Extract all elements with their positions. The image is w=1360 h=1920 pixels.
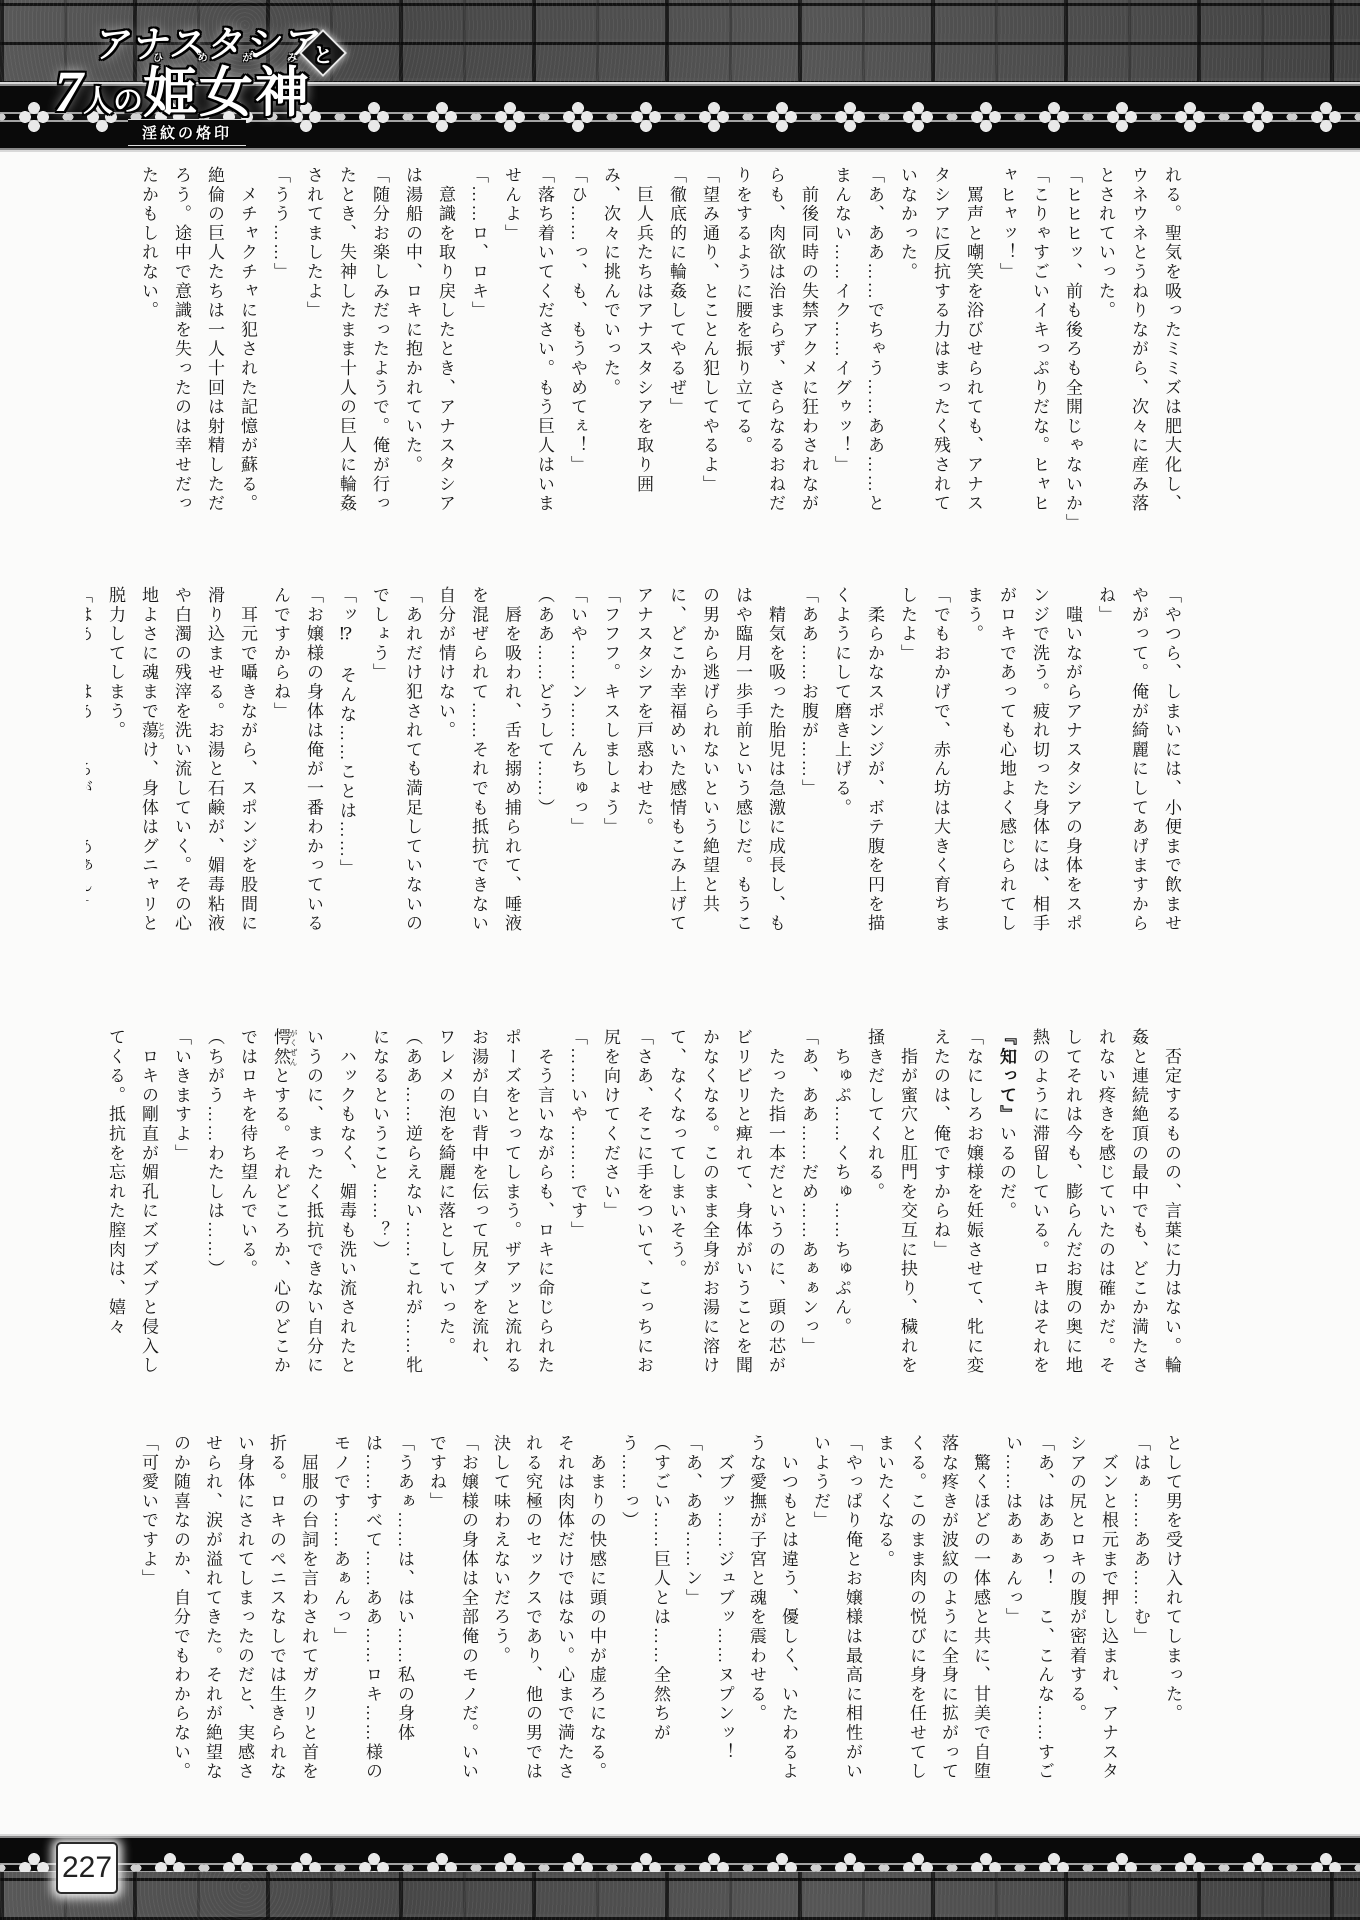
logo-himegami-furigana: ひめがみ — [143, 53, 311, 64]
paragraph: （ああ……逆らえない……これが……牝になるということ……？） — [363, 1028, 429, 1388]
paragraph: 唇を吸われ、舌を搦め捕られて、唾液を混ぜられて……それでも抵抗できない自分が情け… — [429, 586, 528, 946]
paragraph: ズブッ……ジュブッ……ヌプンッ！ — [708, 1434, 740, 1794]
paragraph: 「なにしろお嬢様を妊娠させて、牝に変えたのは、俺ですからね」 — [924, 1028, 990, 1388]
paragraph: 「随分お楽しみだったようで。俺が行ったとき、失神したまま十人の巨人に輪姦されてま… — [297, 166, 396, 526]
paragraph: 否定するものの、言葉に力はない。輪姦と連続絶頂の最中でも、どこか満たされない疼き… — [990, 1028, 1188, 1388]
logo-seven: 7 — [54, 59, 83, 124]
paragraph: 屈服の台詞を言わされてガクリと首を折る。ロキのペニスなしでは生きられない身体にさ… — [164, 1434, 324, 1794]
text-band-4: として男を受け入れてしまった。「はぁ……ああ……む」 ズンと根元まで押し込まれ、… — [86, 1434, 1188, 1794]
logo-subtitle: 淫紋の烙印 — [128, 119, 246, 146]
paragraph: いつもとは違う、優しく、いたわるような愛撫が子宮と魂を震わせる。 — [740, 1434, 804, 1794]
paragraph: 巨人兵たちはアナスタシアを取り囲み、次々に挑んでいった。 — [594, 166, 660, 526]
paragraph: 「ひ……っ、も、もうやめてぇ！」 — [561, 166, 594, 526]
paragraph: 「うあぁ……は、はい……私の身体は……すべて……ああ……ロキ……様のモノです……… — [324, 1434, 420, 1794]
paragraph: ハックもなく、媚毒も洗い流されたというのに、まったく抵抗できない自分に愕然がくぜ… — [231, 1028, 363, 1388]
paragraph: 「あ、ああ……ン」 — [676, 1434, 708, 1794]
paragraph: 「はぁ……ああ……む」 — [1124, 1434, 1156, 1794]
paragraph: 柔らかなスポンジが、ボテ腹を円を描くようにして磨き上げる。 — [825, 586, 891, 946]
paragraph: 「でもおかげで、赤ん坊は大きく育ちましたよ」 — [891, 586, 957, 946]
paragraph: 「可愛いですよ」 — [132, 1434, 164, 1794]
paragraph: （ああ……どうして……） — [528, 586, 561, 946]
paragraph: 「あ、はああっ！ こ、こんな……すごい……はあぁぁんっ」 — [996, 1434, 1060, 1794]
paragraph: れる。聖気を吸ったミミズは肥大化し、ウネウネとうねりながら、次々に産み落とされて… — [1089, 166, 1188, 526]
paragraph: たった指一本だというのに、頭の芯がビリビリと痺れて、身体がいうことを聞かなくなる… — [660, 1028, 792, 1388]
paragraph: 「はあ……はあ……ちが……あぁん」 — [86, 586, 99, 946]
paragraph: 「やっぱり俺とお嬢様は最高に相性がいいようだ」 — [804, 1434, 868, 1794]
paragraph: 罵声と嘲笑を浴びせられても、アナスタシアに反抗する力はまったく残されていなかった… — [891, 166, 990, 526]
paragraph: 「あ、ああ……でちゃう……ああ……とまんない……イク……イグゥッ！」 — [825, 166, 891, 526]
paragraph: （ちがう……わたしは……） — [198, 1028, 231, 1388]
paragraph: 「ヒヒヒッ、前も後ろも全開じゃないか」 — [1056, 166, 1089, 526]
paragraph: 「……いや………です」 — [561, 1028, 594, 1388]
paragraph: として男を受け入れてしまった。 — [1156, 1434, 1188, 1794]
paragraph: 「やつら、しまいには、小便まで飲ませやがって。俺が綺麗にしてあげますからね」 — [1089, 586, 1188, 946]
logo-hito-no: 人の — [83, 85, 143, 118]
paragraph: （すごい……巨人とは……全然ちがう……っ） — [612, 1434, 676, 1794]
paragraph: 「お嬢様の身体は全部俺のモノだ。いいですね」 — [420, 1434, 484, 1794]
paragraph: 「徹底的に輪姦してやるぜ」 — [660, 166, 693, 526]
text-band-2: 「やつら、しまいには、小便まで飲ませやがって。俺が綺麗にしてあげますからね」 嗤… — [86, 586, 1188, 946]
paragraph: 「お嬢様の身体は俺が一番わかっているんですからね」 — [264, 586, 330, 946]
paragraph: 嗤いながらアナスタシアの身体をスポンジで洗う。疲れ切った身体には、相手がロキであ… — [957, 586, 1089, 946]
paragraph: ちゅぷ……くちゅ……ちゅぷん。 — [825, 1028, 858, 1388]
paragraph: ズンと根元まで押し込まれ、アナスタシアの尻とロキの腹が密着する。 — [1060, 1434, 1124, 1794]
text-band-1: れる。聖気を吸ったミミズは肥大化し、ウネウネとうねりながら、次々に産み落とされて… — [86, 166, 1188, 526]
page-number-badge: 227 — [56, 1842, 118, 1894]
paragraph: 「あれだけ犯されても満足していないのでしょう」 — [363, 586, 429, 946]
paragraph: 「フフフ。キスしましょう」 — [594, 586, 627, 946]
brick-texture-bottom — [0, 1872, 1360, 1920]
paragraph: 耳元で囁きながら、スポンジを股間に滑り込ませる。お湯と石鹸が、媚毒粘液や白濁の残… — [99, 586, 264, 946]
paragraph: 指が蜜穴と肛門を交互に抉り、穢れを掻きだしてくれる。 — [858, 1028, 924, 1388]
paragraph: 「……ロ、ロキ」 — [462, 166, 495, 526]
paragraph: 「ッ⁉ そんな……ことは……」 — [330, 586, 363, 946]
paragraph: 「落ち着いてください。もう巨人はいませんよ」 — [495, 166, 561, 526]
paragraph: 「いきますよ」 — [165, 1028, 198, 1388]
book-page-scan: アナスタシア と 7人の姫女神ひめがみ 淫紋の烙印 れる。聖気を吸ったミミズは肥… — [0, 0, 1360, 1920]
paragraph: 意識を取り戻したとき、アナスタシアは湯船の中、ロキに抱かれていた。 — [396, 166, 462, 526]
paragraph: 驚くほどの一体感と共に、甘美で自堕落な疼きが波紋のように全身に拡がってくる。この… — [868, 1434, 996, 1794]
paragraph: ロキの剛直が媚孔にズブズブと侵入してくる。抵抗を忘れた膣肉は、嬉々 — [99, 1028, 165, 1388]
logo-himegami: 姫女神 — [143, 63, 311, 123]
paragraph: 「あ、ああ……だめ……あぁぁンっ」 — [792, 1028, 825, 1388]
paragraph: 前後同時の失禁アクメに狂わされながらも、肉欲は治まらず、さらなるおねだりをするよ… — [726, 166, 825, 526]
paragraph: 精気を吸った胎児は急激に成長し、もはや臨月一歩手前という感じだ。もうこの男から逃… — [627, 586, 792, 946]
paragraph: 「さあ、そこに手をついて、こっちにお尻を向けてください」 — [594, 1028, 660, 1388]
logo-title-line2: 7人の姫女神ひめがみ — [54, 50, 311, 127]
paragraph: 「いや……ン……んちゅっ」 — [561, 586, 594, 946]
paragraph: 「望み通り、とことん犯してやるよ」 — [693, 166, 726, 526]
paragraph: あまりの快感に頭の中が虚ろになる。それは肉体だけではない。心まで満たされる究極の… — [484, 1434, 612, 1794]
paragraph: そう言いながらも、ロキに命じられたポーズをとってしまう。ザアッと流れるお湯が白い… — [429, 1028, 561, 1388]
text-band-3: 否定するものの、言葉に力はない。輪姦と連続絶頂の最中でも、どこか満たされない疼き… — [86, 1028, 1188, 1388]
paragraph: 「こりゃすごいイキっぷりだな。ヒャヒャヒャッ！」 — [990, 166, 1056, 526]
paragraph: 「ああ……お腹が……」 — [792, 586, 825, 946]
paragraph: メチャクチャに犯された記憶が蘇る。絶倫の巨人たちは一人十回は射精しただろう。途中… — [132, 166, 264, 526]
logo-conjunction: と — [308, 38, 338, 68]
paragraph: 「うう……」 — [264, 166, 297, 526]
